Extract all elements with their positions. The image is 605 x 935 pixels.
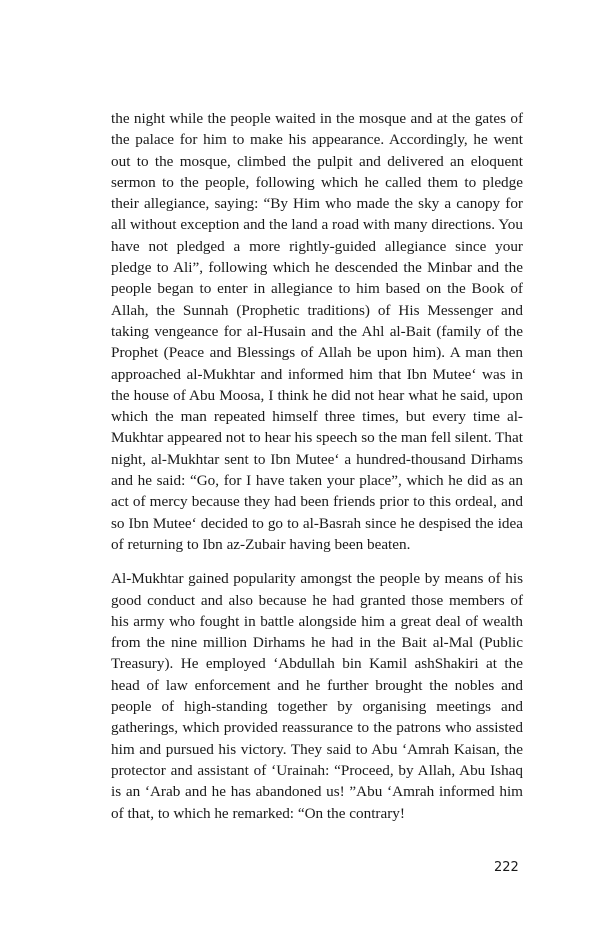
page-number: 222 xyxy=(494,860,519,875)
page-body: the night while the people waited in the… xyxy=(111,108,523,824)
body-paragraph: the night while the people waited in the… xyxy=(111,108,523,555)
body-paragraph: Al-Mukhtar gained popularity amongst the… xyxy=(111,568,523,824)
